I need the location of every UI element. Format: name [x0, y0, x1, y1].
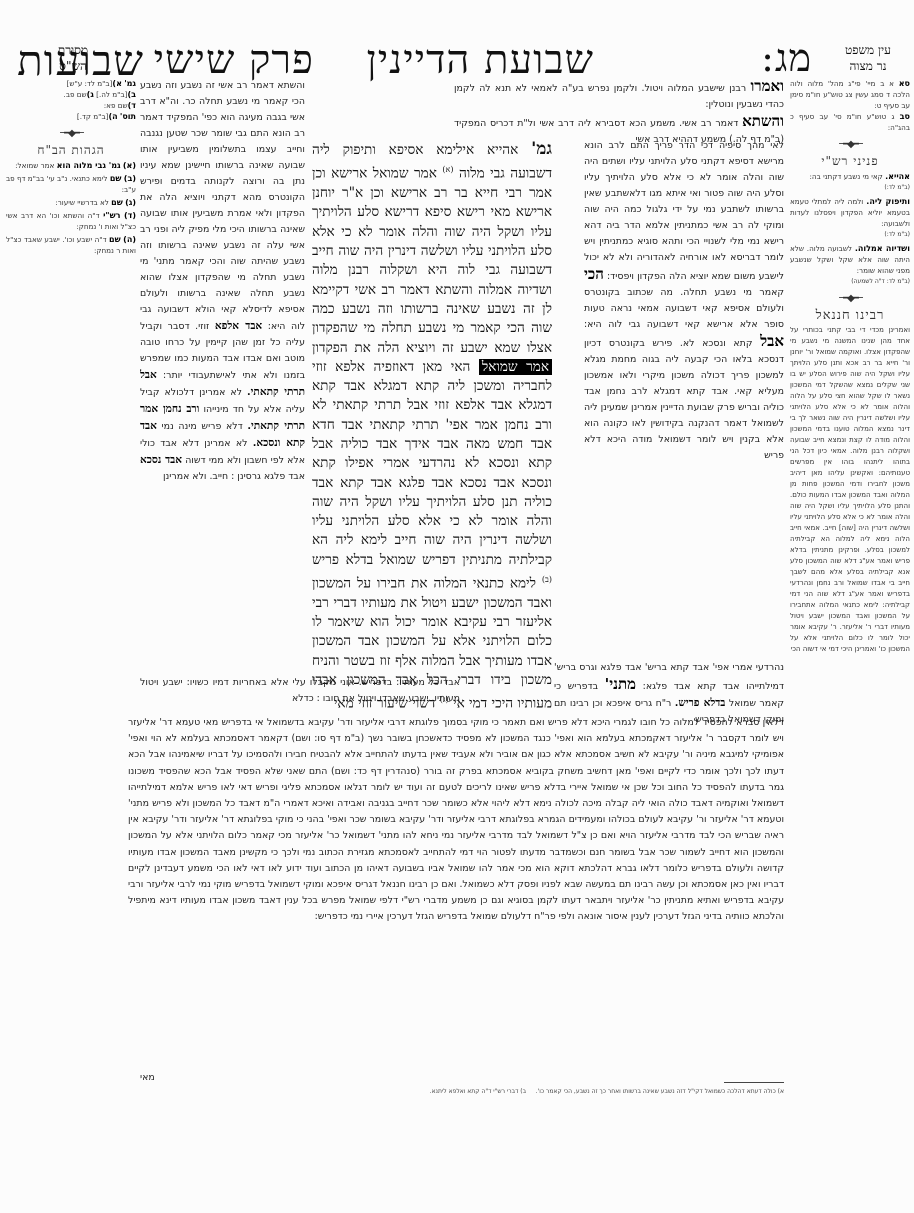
gemara-lead: גמ'	[531, 139, 552, 159]
hagahot-entry: (א) גמ' גבי מלוה הוא אמר שמואל:	[6, 160, 136, 171]
tosafot-bottom: דלאין סברא להפסיד למלוה כל חובו לגמרי הי…	[128, 715, 784, 1070]
hagahot-habach-title: הגהות הב"ח	[6, 145, 136, 156]
ein-mishpat-entry: סב ג טוש"ע חו"מ סי' עב סעיף כ בהג"ה:	[790, 111, 910, 133]
tosafot-lower: אבד כל מעותיו: בדפריש. אוני מקבלו עלי אל…	[140, 675, 460, 707]
rashi-column: לאי מהך סיפיה דכי הדר פריך התם לרב הונא …	[584, 138, 784, 658]
footnote-rule	[724, 1082, 784, 1083]
rabbenu-chananel-title: רבינו חננאל	[790, 310, 910, 321]
tosafot-column: והשתא דאמר רב אשי זה נשבע וזה נשבע הכי ק…	[140, 78, 305, 658]
penei-rashi-entry: אהייא. קאי מי נשבע דקתני בה: (ב"מ לד:)	[790, 171, 910, 193]
mesoret-ref: ד)שם פא:	[6, 100, 136, 111]
gemara-text: גמ' אהייא אילימא אסיפא ותיפוק ליה דשבועה…	[312, 140, 552, 714]
ornament-divider: ─━◆━─	[6, 128, 136, 139]
mesoret-ref: גמ' א)[ב"מ לד: ע"ש]	[6, 78, 136, 89]
penei-rashi-entry: ותיפוק ליה. ולמה ליה למתלי טעמא בטעמא יו…	[790, 196, 910, 240]
mesoret-hashas-header: מסורת הש"ס	[38, 42, 108, 74]
right-margin-column: סא א ב מיי' פי"ג מהל' מלוה ולוה הלכה ד ס…	[790, 78, 910, 655]
footnotes: א) כולה דעתא דהלכה כשמואל דקי"ל דזה נשבע…	[244, 1088, 784, 1095]
perek-number: פרק שישי	[154, 36, 314, 83]
catchword: מאי	[140, 1070, 155, 1086]
mesoret-ref: ב)[ב"מ לה.] ג)שם פב.	[6, 89, 136, 100]
perek-name: שבועת הדיינין	[367, 36, 595, 83]
mesoret-ref: תוס' ה)[ב"מ קד.]	[6, 111, 136, 122]
highlighted-amar-shmuel[interactable]: אמר שמואל	[479, 359, 552, 375]
hagahot-entry: (ה) שם ד"ה ישבע וכו'. ישבע שאבד כצ"ל ואו…	[6, 234, 136, 256]
ein-mishpat-entry: סא א ב מיי' פי"ג מהל' מלוה ולוה הלכה ד ס…	[790, 78, 910, 111]
daf-number: מג:	[761, 36, 812, 81]
ein-mishpat-header: עין משפט נר מצוה	[828, 42, 908, 74]
left-margin-column: גמ' א)[ב"מ לד: ע"ש] ב)[ב"מ לה.] ג)שם פב.…	[6, 78, 136, 256]
hagahot-entry: (ב) שם לימא כתנאי. נ"ב עי' בב"מ דף פב ע"…	[6, 173, 136, 195]
rabbenu-chananel-text: ואמרינן מכדי די בבי קתני בכותרי על אחד מ…	[790, 325, 910, 655]
penei-rashi-entry: ושדיוה אמלוה. לשבועה מלוה. שלא היתה שוה …	[790, 243, 910, 287]
ornament-divider: ─━◆━─	[790, 139, 910, 150]
penei-rashi-title: פניני רש"י	[790, 156, 910, 167]
hagahot-entry: (ג) שם לא בדרשיי שיעור:	[6, 197, 136, 208]
ornament-divider: ─━◆━─	[790, 293, 910, 304]
hagahot-entry: (ד) רש"י ד"ה והשתא וכו' הא דרב אשי כצ"ל …	[6, 210, 136, 232]
